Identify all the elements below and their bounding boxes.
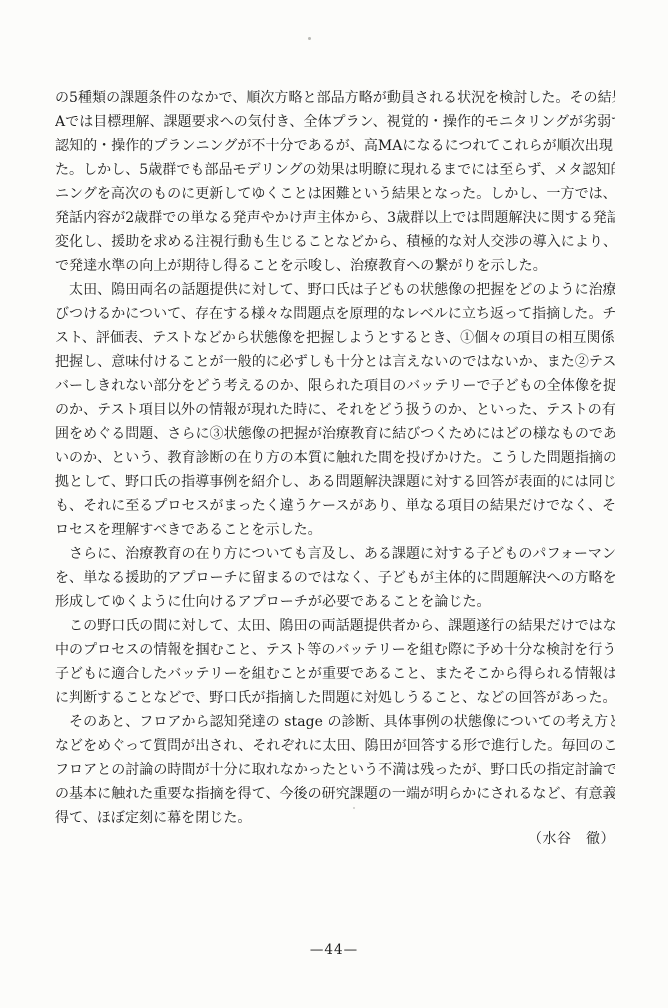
text-line: 囲をめぐる問題、さらに③状態像の把握が治療教育に結びつくためにはどの様なものであ…: [55, 422, 615, 446]
text-line: 形成してゆくように仕向けるアプローチが必要であることを論じた。: [55, 590, 615, 614]
page-number: —44—: [0, 942, 668, 958]
document-page: の5種類の課題条件のなかで、順次方略と部品方略が動員される状況を検討した。その結…: [0, 0, 668, 1008]
text-line: などをめぐって質問が出され、それぞれに太田、隝田が回答する形で進行した。毎回のこ…: [55, 734, 615, 758]
text-line: 子どもに適合したバッテリーを組むことが重要であること、またそこから得られる情報は…: [55, 662, 615, 686]
text-line: フロアとの討論の時間が十分に取れなかったという不満は残ったが、野口氏の指定討論で…: [55, 758, 615, 782]
scan-speck: [308, 37, 311, 40]
text-line: の基本に触れた重要な指摘を得て、今後の研究課題の一端が明らかにされるなど、有意義…: [55, 782, 615, 806]
text-line: さらに、治療教育の在り方についても言及し、ある課題に対する子どものパフォーマンス…: [55, 542, 615, 566]
text-line: いのか、という、教育診断の在り方の本質に触れた間を投げかけた。こうした問題指摘の…: [55, 446, 615, 470]
text-line: スト、評価表、テストなどから状態像を把握しようとするとき、①個々の項目の相互関係…: [55, 326, 615, 350]
text-line: 変化し、援助を求める注視行動も生じることなどから、積極的な対人交渉の導入により、…: [55, 230, 615, 254]
text-line: のか、テスト項目以外の情報が現れた時に、それをどう扱うのか、といった、テストの有…: [55, 398, 615, 422]
text-line: で発達水準の向上が期待し得ることを示唆し、治療教育への繋がりを示した。: [55, 254, 615, 278]
text-line: ロセスを理解すべきであることを示した。: [55, 518, 615, 542]
text-line: この野口氏の間に対して、太田、隝田の両話題提供者から、課題遂行の結果だけではなく…: [55, 614, 615, 638]
text-line: 拠として、野口氏の指導事例を紹介し、ある問題解決課題に対する回答が表面的には同じ…: [55, 470, 615, 494]
text-line: も、それに至るプロセスがまったく違うケースがあり、単なる項目の結果だけでなく、そ…: [55, 494, 615, 518]
text-line: た。しかし、5歳群でも部品モデリングの効果は明瞭に現れるまでには至らず、メタ認知…: [55, 158, 615, 182]
text-line: びつけるかについて、存在する様々な問題点を原理的なレベルに立ち返って指摘した。チ…: [55, 302, 615, 326]
text-line: の5種類の課題条件のなかで、順次方略と部品方略が動員される状況を検討した。その結…: [55, 86, 615, 110]
text-line: 認知的・操作的プランニングが不十分であるが、高MAになるにつれてこれらが順次出現…: [55, 134, 615, 158]
text-line: 把握し、意味付けることが一般的に必ずしも十分とは言えないのではないか、また②テス…: [55, 350, 615, 374]
text-line: 得て、ほぼ定刻に幕を閉じた。: [55, 806, 615, 830]
text-line: ニングを高次のものに更新してゆくことは困難という結果となった。しかし、一方では、…: [55, 182, 615, 206]
article-text: の5種類の課題条件のなかで、順次方略と部品方略が動員される状況を検討した。その結…: [55, 86, 615, 830]
text-line: を、単なる援助的アプローチに留まるのではなく、子どもが主体的に問題解決への方略を…: [55, 566, 615, 590]
text-line: そのあと、フロアから認知発達の stage の診断、具体事例の状態像についての考…: [55, 710, 615, 734]
author-signature: （水谷 徹）: [528, 829, 615, 849]
text-line: 太田、隝田両名の話題提供に対して、野口氏は子どもの状態像の把握をどのように治療教…: [55, 278, 615, 302]
text-line: バーしきれない部分をどう考えるのか、限られた項目のバッテリーで子どもの全体像を捉…: [55, 374, 615, 398]
text-line: 発話内容が2歳群での単なる発声やかけ声主体から、3歳群以上では問題解決に関する発…: [55, 206, 615, 230]
text-line: に判断することなどで、野口氏が指摘した問題に対処しうること、などの回答があった。: [55, 686, 615, 710]
text-line: 中のプロセスの情報を掴むこと、テスト等のバッテリーを組む際に予め十分な検討を行う…: [55, 638, 615, 662]
text-line: Aでは目標理解、課題要求への気付き、全体プラン、視覚的・操作的モニタリングが劣弱…: [55, 110, 615, 134]
